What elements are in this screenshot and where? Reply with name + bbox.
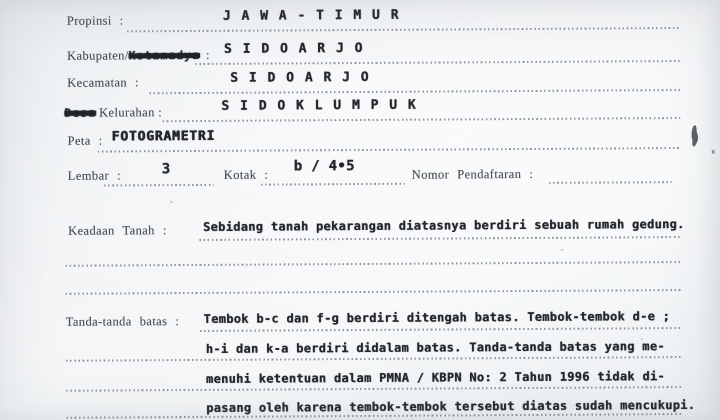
- propinsi-dotted-rule: [127, 27, 680, 32]
- kabupaten-label-prefix: Kabupaten/: [67, 48, 129, 62]
- tanda-batas-line-4: pasang oleh karena tembok-tembok tersebu…: [206, 398, 695, 415]
- kecamatan-value: S I D O A R J O: [230, 70, 370, 86]
- keadaan-tanah-value: Sebidang tanah pekarangan diatasnya berd…: [203, 217, 685, 234]
- nomor-pendaftaran-dotted-rule: [549, 181, 672, 184]
- kotak-label: Kotak :: [224, 168, 269, 183]
- kecamatan-dotted-rule: [149, 89, 680, 94]
- ink-blot-mark: [687, 124, 701, 150]
- keadaan-tanah-dotted-rule: [199, 236, 681, 241]
- paper-speck: [560, 249, 563, 251]
- peta-label: Peta :: [68, 134, 103, 149]
- empty-dotted-rule-1: [65, 261, 681, 267]
- keadaan-tanah-label: Keadaan Tanah :: [68, 223, 167, 239]
- form-sheet: Propinsi : J A W A - T I M U R Kabupaten…: [0, 0, 720, 420]
- paper-speck: [497, 91, 499, 93]
- kelurahan-value: S I D O K L U M P U K: [221, 98, 417, 114]
- kelurahan-struck-word: Desa: [64, 106, 96, 120]
- kabupaten-dotted-rule: [195, 60, 680, 65]
- tanda-batas-rule-1: [200, 327, 682, 332]
- propinsi-value: J A W A - T I M U R: [223, 8, 400, 24]
- kelurahan-label: DesaKelurahan :: [64, 103, 162, 122]
- tanda-batas-line-3: menuhi ketentuan dalam PMNA / KBPN No: 2…: [206, 369, 665, 386]
- kabupaten-colon: :: [206, 48, 210, 62]
- peta-value: FOTOGRAMETRI: [112, 129, 216, 145]
- kotak-dotted-rule: [261, 183, 405, 186]
- kelurahan-label-text: Kelurahan :: [99, 105, 162, 119]
- tanda-batas-line-2: h-i dan k-a berdiri didalam batas. Tanda…: [206, 339, 665, 356]
- lembar-dotted-rule: [104, 184, 214, 187]
- tanda-batas-rule-2: [66, 356, 682, 362]
- tanda-batas-label: Tanda-tanda batas :: [66, 314, 180, 330]
- nomor-pendaftaran-label: Nomor Pendaftaran :: [412, 167, 534, 183]
- kabupaten-label: Kabupaten/Kotamadya:: [67, 46, 210, 65]
- kelurahan-dotted-rule: [162, 117, 680, 122]
- tanda-batas-rule-3: [66, 386, 682, 392]
- peta-dotted-rule: [98, 147, 681, 153]
- paper-speck: [170, 201, 173, 203]
- paper-speck: [641, 338, 643, 340]
- tanda-batas-line-1: Tembok b-c dan f-g berdiri ditengah bata…: [204, 309, 671, 326]
- lembar-label: Lembar :: [68, 168, 121, 183]
- kabupaten-value: S I D O A R J O: [224, 41, 364, 57]
- kabupaten-struck-word: Kotamadya: [129, 48, 200, 62]
- paper-speck: [712, 150, 715, 154]
- kotak-value: b / 4•5: [294, 158, 355, 174]
- empty-dotted-rule-2: [66, 289, 682, 295]
- lembar-value: 3: [162, 161, 171, 177]
- propinsi-label: Propinsi :: [67, 13, 124, 28]
- scanned-land-form: Propinsi : J A W A - T I M U R Kabupaten…: [0, 0, 720, 420]
- kecamatan-label: Kecamatan :: [67, 75, 139, 90]
